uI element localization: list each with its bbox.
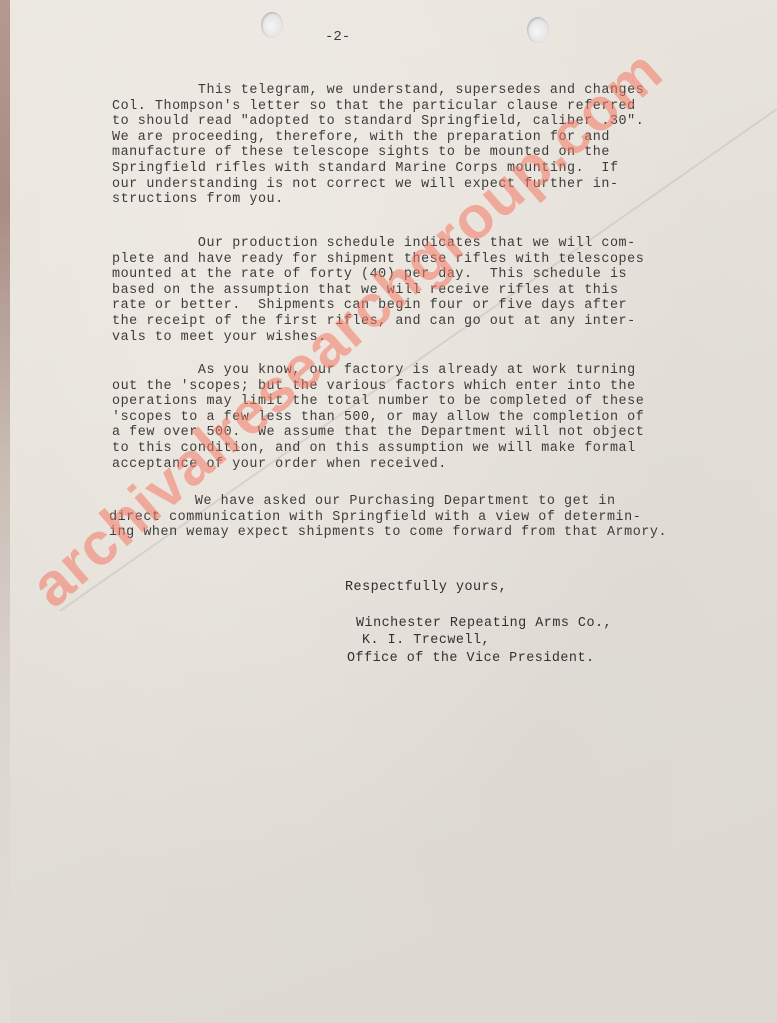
text-line: Our production schedule indicates that w… bbox=[112, 236, 644, 252]
text-line: As you know, our factory is already at w… bbox=[112, 363, 644, 379]
document-page: -2- This telegram, we understand, supers… bbox=[0, 0, 777, 1023]
signature-office: Office of the Vice President. bbox=[347, 650, 595, 668]
text-line: ing when wemay expect shipments to come … bbox=[109, 525, 667, 541]
text-line: operations may limit the total number to… bbox=[112, 394, 644, 410]
text-line: direct communication with Springfield wi… bbox=[109, 510, 667, 526]
text-line: structions from you. bbox=[112, 192, 644, 208]
punch-hole-icon bbox=[527, 17, 549, 43]
punch-hole-icon bbox=[261, 12, 283, 38]
page-number: -2- bbox=[325, 29, 350, 45]
text-line: out the 'scopes; but the various factors… bbox=[112, 379, 644, 395]
background-edge bbox=[0, 0, 10, 1023]
signature-company: Winchester Repeating Arms Co., bbox=[356, 615, 612, 633]
closing: Respectfully yours, bbox=[345, 580, 507, 595]
signature-name: K. I. Trecwell, bbox=[362, 632, 490, 650]
